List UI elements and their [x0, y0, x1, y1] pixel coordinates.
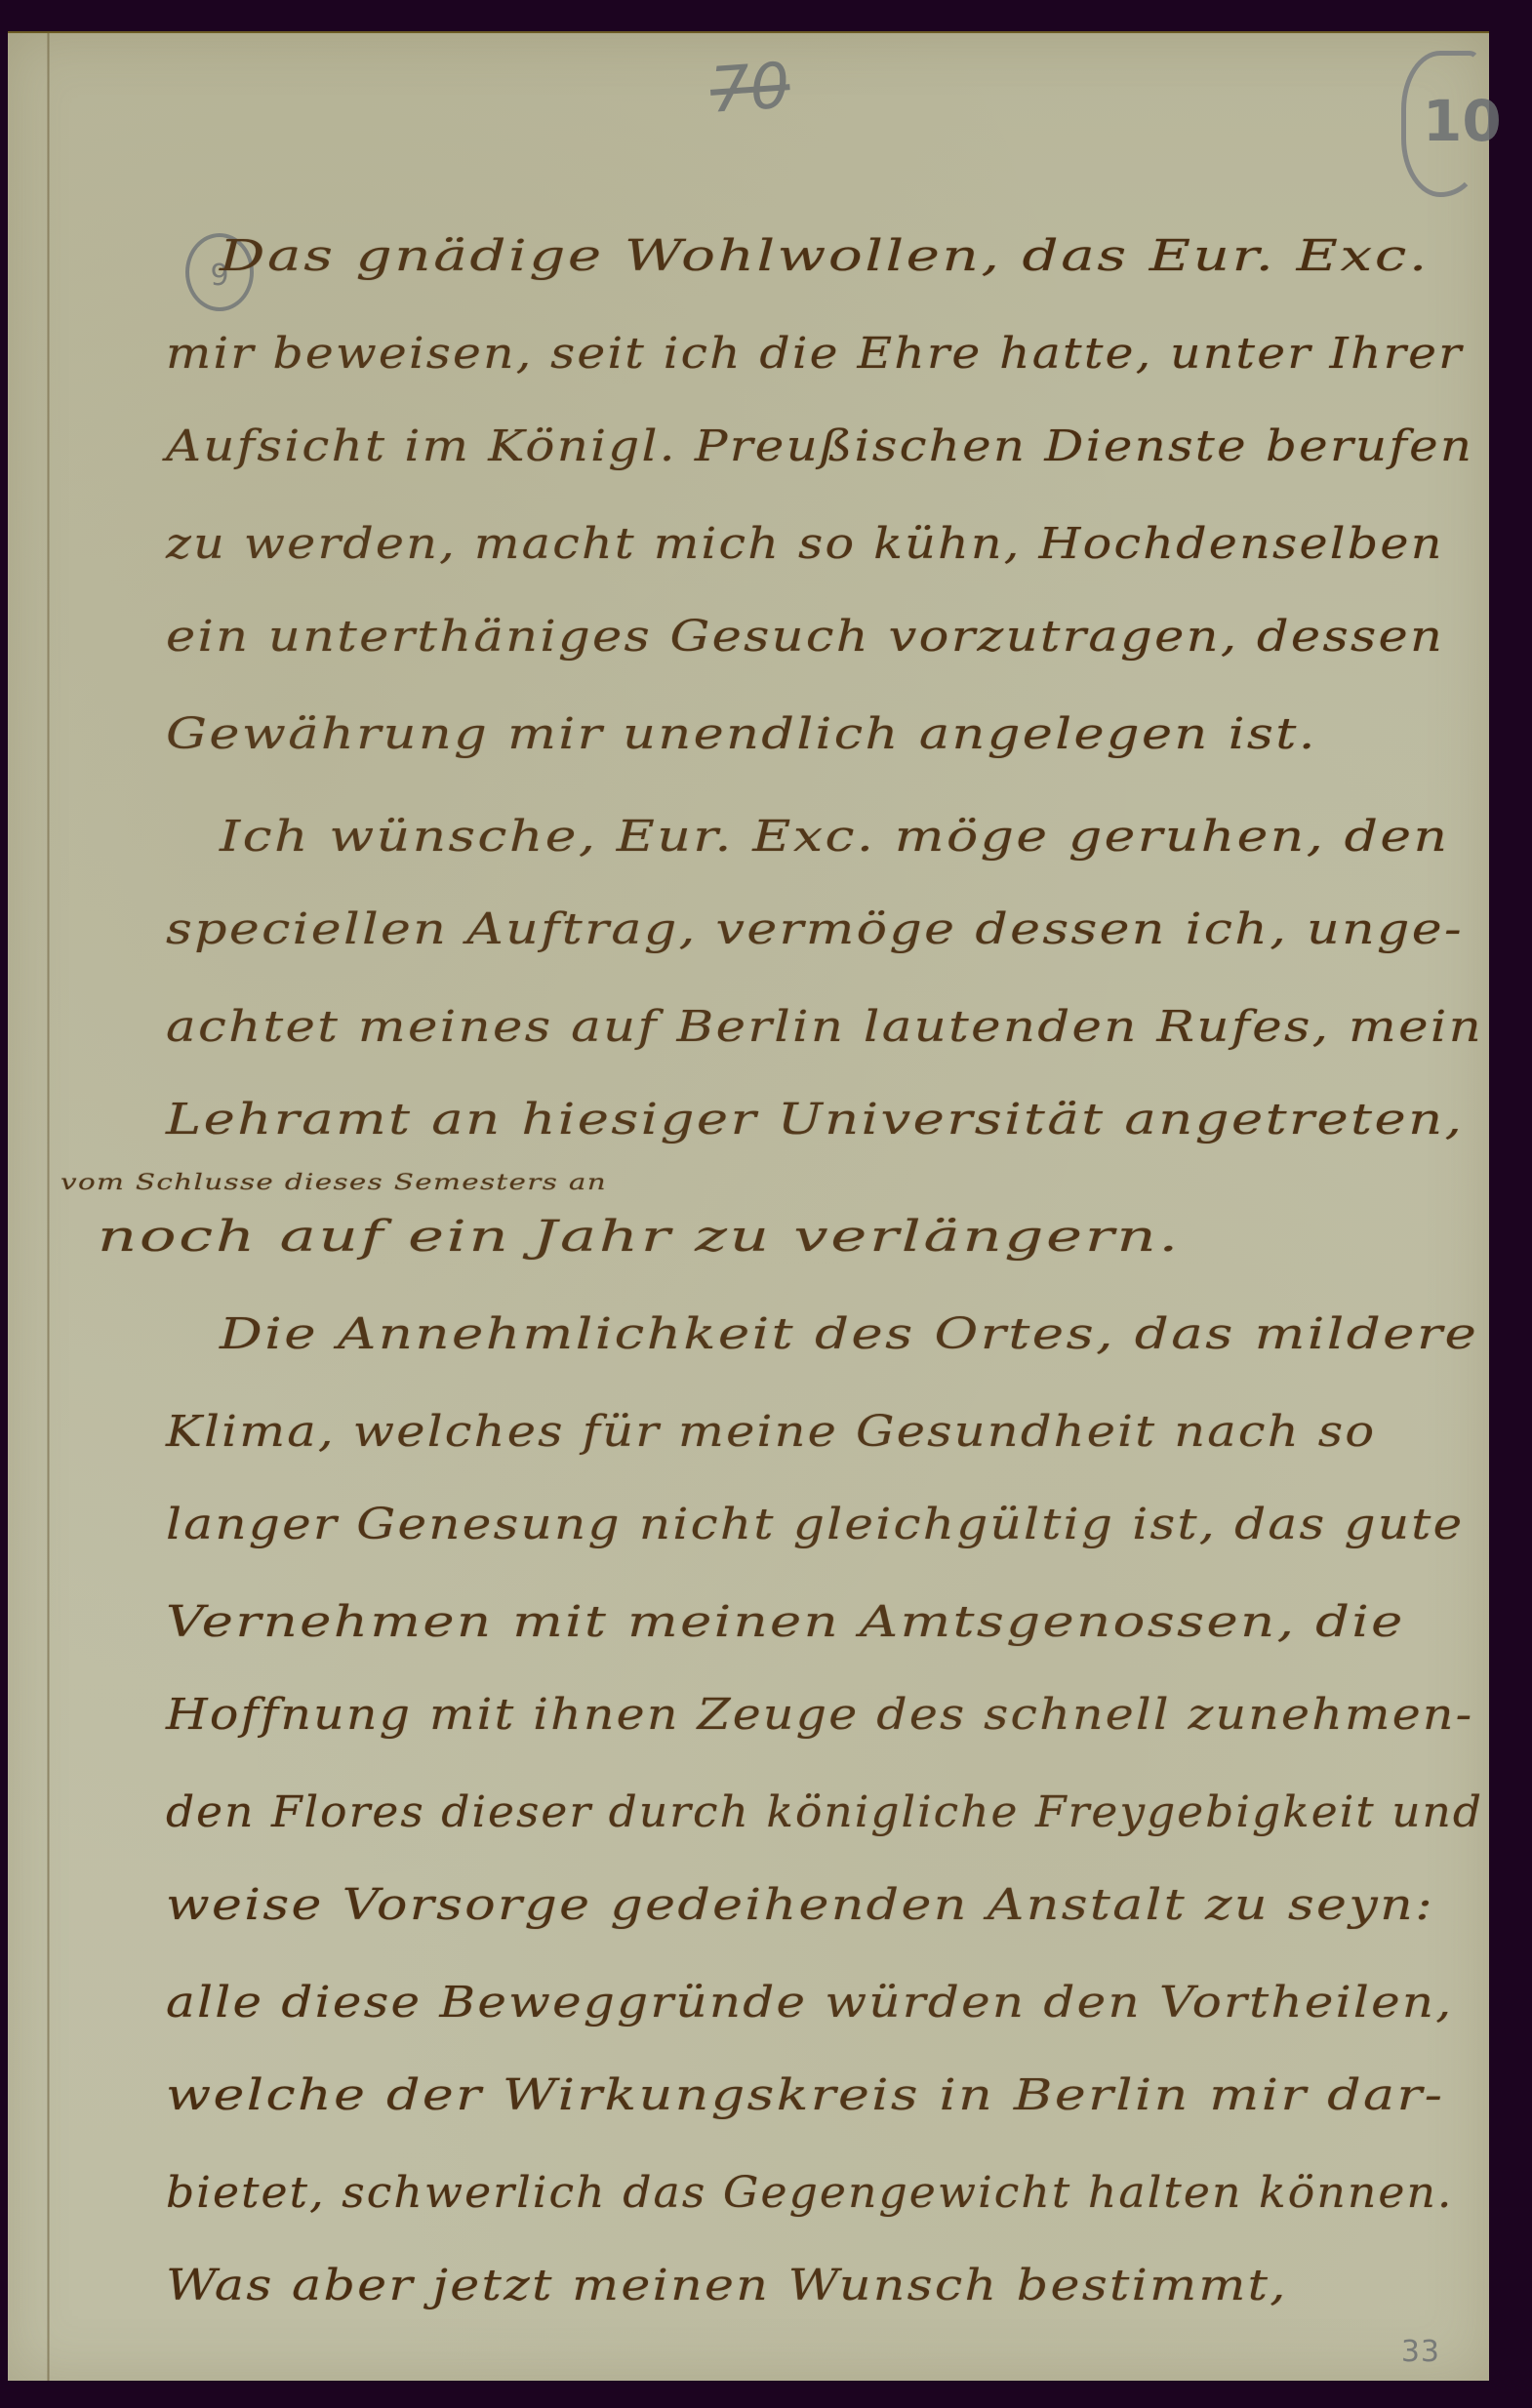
text-line: langer Genesung nicht gleichgültig ist, …	[166, 1500, 1465, 1549]
text-line: Aufsicht im Königl. Preußischen Dienste …	[166, 421, 1473, 471]
text-line: Die Annehmlichkeit des Ortes, das milder…	[220, 1309, 1478, 1359]
text-line: Ich wünsche, Eur. Exc. möge geruhen, den	[220, 812, 1449, 862]
folio-number-text: 10	[1423, 88, 1502, 154]
text-line: noch auf ein Jahr zu verlängern.	[98, 1212, 1181, 1262]
text-line: welche der Wirkungskreis in Berlin mir d…	[166, 2070, 1444, 2120]
pencil-folio-number: 10	[1413, 51, 1491, 197]
text-line: Hoffnung mit ihnen Zeuge des schnell zun…	[166, 1690, 1473, 1740]
text-line: Gewährung mir unendlich angelegen ist.	[166, 709, 1317, 759]
pencil-archive-number: 70	[708, 50, 792, 128]
text-line: weise Vorsorge gedeihenden Anstalt zu se…	[166, 1880, 1434, 1930]
text-line: bietet, schwerlich das Gegengewicht halt…	[166, 2168, 1454, 2218]
interlinear-insertion: vom Schlusse dieses Semesters an	[60, 1171, 607, 1195]
letter-page: 70 10 9 Das gnädige Wohlwollen, das Eur.…	[8, 31, 1489, 2381]
text-line: Das gnädige Wohlwollen, das Eur. Exc.	[220, 231, 1430, 281]
text-line: alle diese Beweggründe würden den Vorthe…	[166, 1978, 1453, 2027]
text-line: den Flores dieser durch königliche Freyg…	[166, 1787, 1483, 1837]
text-line: ein unterthäniges Gesuch vorzutragen, de…	[166, 612, 1444, 662]
archive-sheet-number: 33	[1401, 2335, 1440, 2369]
text-line: zu werden, macht mich so kühn, Hochdense…	[166, 519, 1444, 569]
text-line: achtet meines auf Berlin lautenden Rufes…	[166, 1002, 1483, 1052]
text-line: Lehramt an hiesiger Universität angetret…	[166, 1095, 1464, 1144]
text-line: mir beweisen, seit ich die Ehre hatte, u…	[166, 329, 1464, 379]
text-line: speciellen Auftrag, vermöge dessen ich, …	[166, 904, 1464, 954]
text-line: Vernehmen mit meinen Amtsgenossen, die	[166, 1597, 1405, 1647]
text-line: Was aber jetzt meinen Wunsch bestimmt,	[166, 2261, 1288, 2310]
text-line: Klima, welches für meine Gesundheit nach…	[166, 1407, 1376, 1457]
binding-fold-line	[47, 33, 50, 2381]
